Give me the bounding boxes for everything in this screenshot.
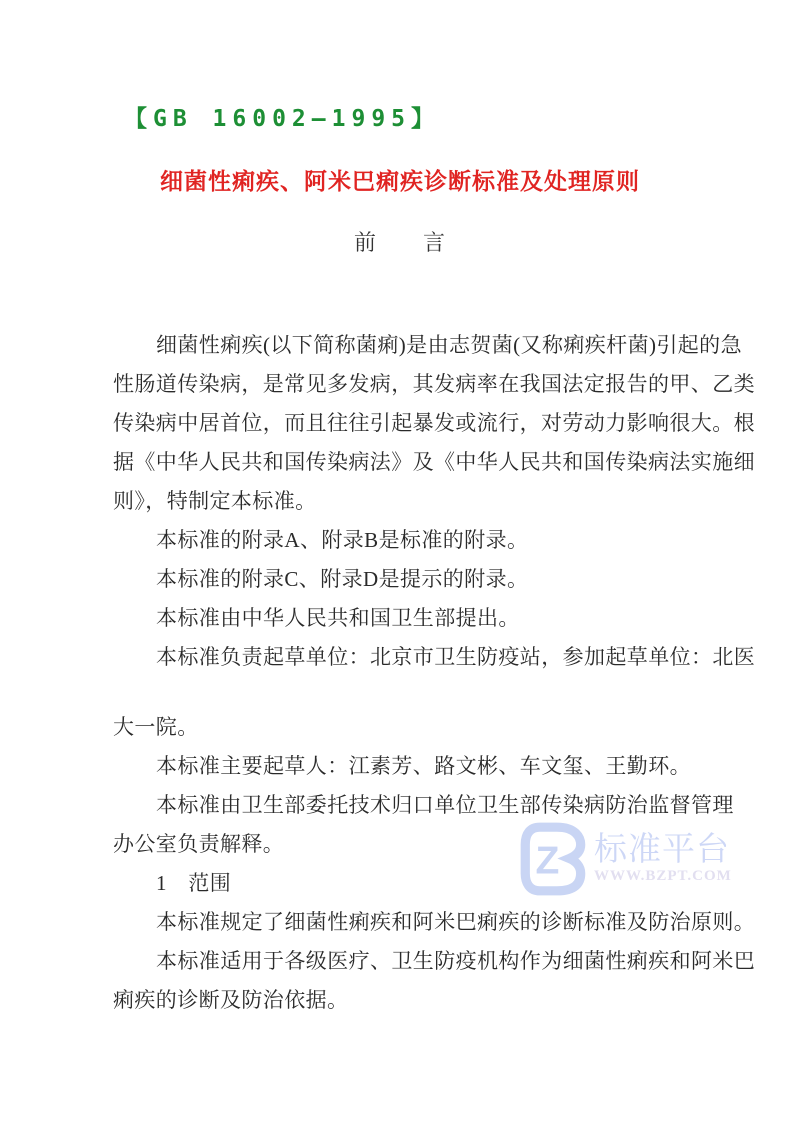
document-body: 细菌性痢疾(以下简称菌痢)是由志贺菌(又称痢疾杆菌)引起的急性肠道传染病，是常见… xyxy=(113,326,713,1020)
body-line: 本标准由卫生部委托技术归口单位卫生部传染病防治监督管理 xyxy=(113,786,713,825)
document-page: 【GB 16002—1995】 细菌性痢疾、阿米巴痢疾诊断标准及处理原则 前 言… xyxy=(0,0,800,1131)
body-line: 则》，特制定本标准。 xyxy=(113,482,713,521)
body-line: 据《中华人民共和国传染病法》及《中华人民共和国传染病法实施细 xyxy=(113,443,713,482)
body-line: 本标准的附录C、附录D是提示的附录。 xyxy=(113,560,713,599)
body-line: 本标准适用于各级医疗、卫生防疫机构作为细菌性痢疾和阿米巴 xyxy=(113,942,713,981)
body-line: 传染病中居首位，而且往往引起暴发或流行，对劳动力影响很大。根 xyxy=(113,404,713,443)
preface-heading: 前 言 xyxy=(0,226,800,257)
body-line: 本标准主要起草人：江素芳、路文彬、车文玺、王勤环。 xyxy=(113,747,713,786)
body-line: 细菌性痢疾(以下简称菌痢)是由志贺菌(又称痢疾杆菌)引起的急 xyxy=(113,326,713,365)
standard-code: 【GB 16002—1995】 xyxy=(124,100,440,133)
body-line: 痢疾的诊断及防治依据。 xyxy=(113,981,713,1020)
body-line: 大一院。 xyxy=(113,708,713,747)
body-line: 本标准规定了细菌性痢疾和阿米巴痢疾的诊断标准及防治原则。 xyxy=(113,903,713,942)
body-line: 办公室负责解释。 xyxy=(113,825,713,864)
body-line: 本标准的附录A、附录B是标准的附录。 xyxy=(113,521,713,560)
body-line: 本标准由中华人民共和国卫生部提出。 xyxy=(113,599,713,638)
section-heading: 1 范围 xyxy=(113,864,713,903)
document-title: 细菌性痢疾、阿米巴痢疾诊断标准及处理原则 xyxy=(0,163,800,196)
body-line: 性肠道传染病，是常见多发病，其发病率在我国法定报告的甲、乙类 xyxy=(113,365,713,404)
body-line: 本标准负责起草单位：北京市卫生防疫站，参加起草单位：北医 xyxy=(113,638,713,677)
